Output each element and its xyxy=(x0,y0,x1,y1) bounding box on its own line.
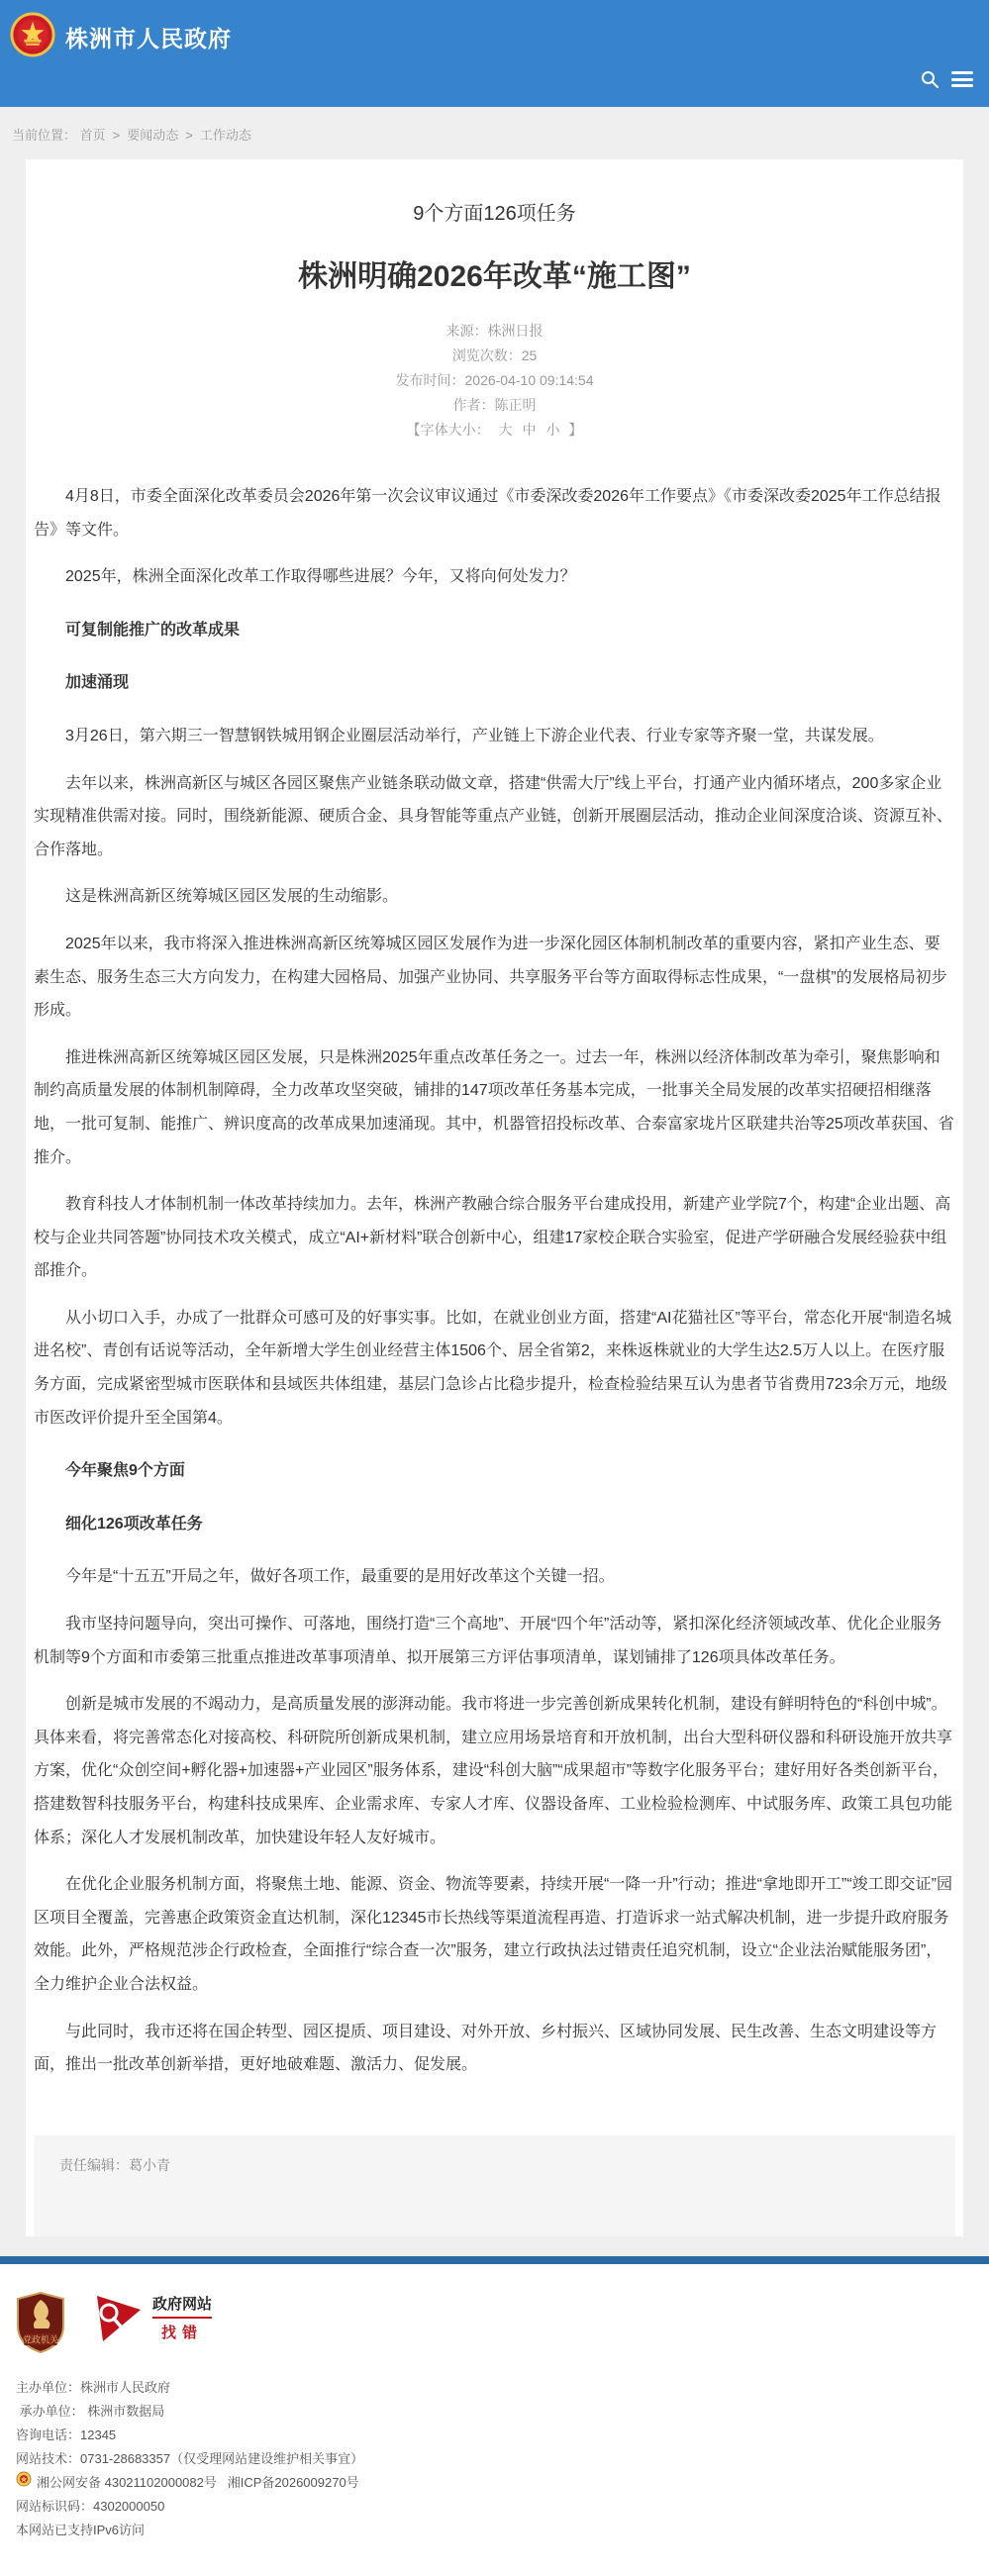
article-subheading: 今年聚焦9个方面 xyxy=(34,1454,955,1488)
meta-fontsize: 【字体大小： 大中小 】 xyxy=(34,418,955,443)
article-paragraph: 这是株洲高新区统筹城区园区发展的生动缩影。 xyxy=(34,880,955,914)
article-paragraph: 创新是城市发展的不竭动力，是高质量发展的澎湃动能。我市将进一步完善创新成果转化机… xyxy=(34,1688,955,1854)
fontsize-options: 大中小 xyxy=(494,422,565,438)
article-paragraph: 在优化企业服务机制方面，将聚焦土地、能源、资金、物流等要素，持续开展“一降一升”… xyxy=(34,1868,955,2001)
breadcrumb-link[interactable]: 要闻动态 xyxy=(127,128,178,143)
fontsize-suffix: 】 xyxy=(568,422,582,438)
footer-line[interactable]: 湘公网安备 43021102000082号 湘ICP备2026009270号 xyxy=(16,2471,973,2495)
article-body: 4月8日，市委全面深化改革委员会2026年第一次会议审议通过《市委深改委2026… xyxy=(34,480,955,2082)
breadcrumb-link[interactable]: 首页 xyxy=(80,128,106,143)
footer-line: 本网站已支持IPv6访问 xyxy=(16,2519,973,2542)
site-header: 株洲市人民政府 xyxy=(0,0,989,107)
article-title: 株洲明确2026年改革“施工图” xyxy=(34,251,955,295)
article-paragraph: 3月26日，第六期三一智慧钢铁城用钢企业圈层活动举行，产业链上下游企业代表、行业… xyxy=(34,720,955,753)
article-subheading: 可复制能推广的改革成果 xyxy=(34,614,955,647)
meta-views: 浏览次数：25 xyxy=(34,344,955,368)
article-paragraph: 从小切口入手，办成了一批群众可感可及的好事实事。比如，在就业创业方面，搭建“AI… xyxy=(34,1302,955,1435)
article-paragraph: 我市坚持问题导向，突出可操作、可落地，围绕打造“三个高地”、开展“四个年”活动等… xyxy=(34,1608,955,1674)
breadcrumb: 当前位置： 首页>要闻动态>工作动态 xyxy=(0,107,989,159)
article-paragraph: 与此同时，我市还将在国企转型、园区提质、项目建设、对外开放、乡村振兴、区域协同发… xyxy=(34,2016,955,2082)
site-footer: 党政机关 政府网站 找错 主办单位：株洲市人民政府 承办单位： 株洲市数据局咨询… xyxy=(0,2264,989,2576)
meta-pubtime: 发布时间：2026-04-10 09:14:54 xyxy=(34,368,955,393)
breadcrumb-label: 当前位置： xyxy=(12,128,76,143)
article-paragraph: 2025年以来，我市将深入推进株洲高新区统筹城区园区发展作为进一步深化园区体制机… xyxy=(34,928,955,1028)
article-kicker: 9个方面126项任务 xyxy=(34,159,955,226)
breadcrumb-separator: > xyxy=(185,128,193,143)
editor-band: 责任编辑：葛小青 xyxy=(34,2135,955,2236)
fontsize-option[interactable]: 小 xyxy=(546,422,560,438)
footer-divider xyxy=(0,2256,989,2264)
fontsize-prefix: 【字体大小： xyxy=(407,422,490,438)
footer-line: 主办单位：株洲市人民政府 xyxy=(16,2376,973,2400)
menu-icon[interactable] xyxy=(951,71,973,87)
article-subheading: 细化126项改革任务 xyxy=(34,1508,955,1541)
footer-line: 承办单位： 株洲市数据局 xyxy=(16,2400,973,2424)
breadcrumb-separator: > xyxy=(113,128,121,143)
footer-line: 咨询电话：12345 xyxy=(16,2424,973,2447)
breadcrumb-items: 首页>要闻动态>工作动态 xyxy=(80,128,251,143)
footer-line: 网站技术：0731-28683357（仅受理网站建设维护相关事宜） xyxy=(16,2447,973,2471)
dangzheng-badge-icon[interactable]: 党政机关 xyxy=(16,2292,65,2358)
fontsize-option[interactable]: 大 xyxy=(499,422,513,438)
fontsize-option[interactable]: 中 xyxy=(523,422,537,438)
footer-lines: 主办单位：株洲市人民政府 承办单位： 株洲市数据局咨询电话：12345网站技术：… xyxy=(16,2376,973,2542)
article-paragraph: 今年是“十五五”开局之年，做好各项工作，最重要的是用好改革这个关键一招。 xyxy=(34,1560,955,1594)
article-card: 9个方面126项任务 株洲明确2026年改革“施工图” 来源：株洲日报 浏览次数… xyxy=(26,159,963,2236)
dangzheng-badge-text: 党政机关 xyxy=(23,2333,58,2344)
jiucuo-badge-title: 政府网站 xyxy=(152,2293,212,2319)
footer-badges: 党政机关 政府网站 找错 xyxy=(16,2292,973,2358)
national-emblem-icon xyxy=(10,12,55,62)
footer-line: 网站标识码：4302000050 xyxy=(16,2495,973,2519)
jiucuo-magnifier-icon xyxy=(93,2292,145,2343)
article-subheading: 加速涌现 xyxy=(34,666,955,700)
breadcrumb-link[interactable]: 工作动态 xyxy=(200,128,251,143)
article-paragraph: 推进株洲高新区统筹城区园区发展，只是株洲2025年重点改革任务之一。过去一年，株… xyxy=(34,1041,955,1174)
article-paragraph: 4月8日，市委全面深化改革委员会2026年第一次会议审议通过《市委深改委2026… xyxy=(34,480,955,546)
page-gap xyxy=(0,2236,989,2256)
article-meta: 来源：株洲日报 浏览次数：25 发布时间：2026-04-10 09:14:54… xyxy=(34,319,955,443)
article-paragraph: 2025年，株洲全面深化改革工作取得哪些进展？今年，又将向何处发力？ xyxy=(34,560,955,594)
editor-name: 葛小青 xyxy=(129,2157,170,2173)
meta-author: 作者：陈正明 xyxy=(34,393,955,418)
police-badge-icon xyxy=(16,2471,32,2495)
jiucuo-badge-subtitle: 找错 xyxy=(161,2322,203,2342)
editor-label: 责任编辑： xyxy=(59,2157,129,2173)
article-paragraph: 去年以来，株洲高新区与城区各园区聚焦产业链条联动做文章，搭建“供需大厅”线上平台… xyxy=(34,767,955,867)
article-paragraph: 教育科技人才体制机制一体改革持续加力。去年，株洲产教融合综合服务平台建成投用，新… xyxy=(34,1188,955,1288)
jiucuo-badge[interactable]: 政府网站 找错 xyxy=(93,2292,212,2343)
site-title: 株洲市人民政府 xyxy=(65,21,232,53)
site-brand[interactable]: 株洲市人民政府 xyxy=(0,0,989,62)
meta-source: 来源：株洲日报 xyxy=(34,319,955,344)
search-icon[interactable] xyxy=(920,69,940,89)
